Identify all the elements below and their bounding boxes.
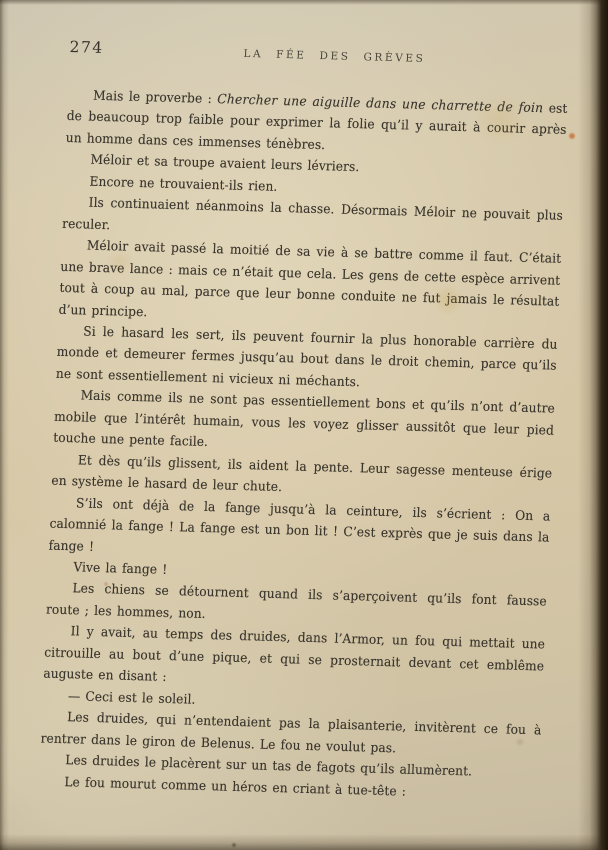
opening-lead: Mais le proverbe :: [93, 89, 218, 107]
edge-shadow-bottom: [0, 834, 608, 850]
edge-shadow-top: [0, 0, 608, 5]
running-title: LA FÉE DES GRÈVES: [243, 48, 425, 65]
printed-area: 274 LA FÉE DES GRÈVES Mais le proverbe :…: [38, 38, 569, 806]
edge-shadow-left: [0, 0, 9, 850]
text-block: Mais le proverbe : Chercher une aiguille…: [38, 85, 567, 806]
proverb-italic: Chercher une aiguille dans une charrette…: [217, 92, 544, 116]
page-number: 274: [69, 38, 104, 57]
page-header: 274 LA FÉE DES GRÈVES: [69, 38, 570, 74]
book-page-scan: 274 LA FÉE DES GRÈVES Mais le proverbe :…: [0, 0, 608, 850]
paragraph: Méloir avait passé la moitié de sa vie à…: [58, 235, 561, 335]
edge-shadow-right: [578, 0, 608, 850]
